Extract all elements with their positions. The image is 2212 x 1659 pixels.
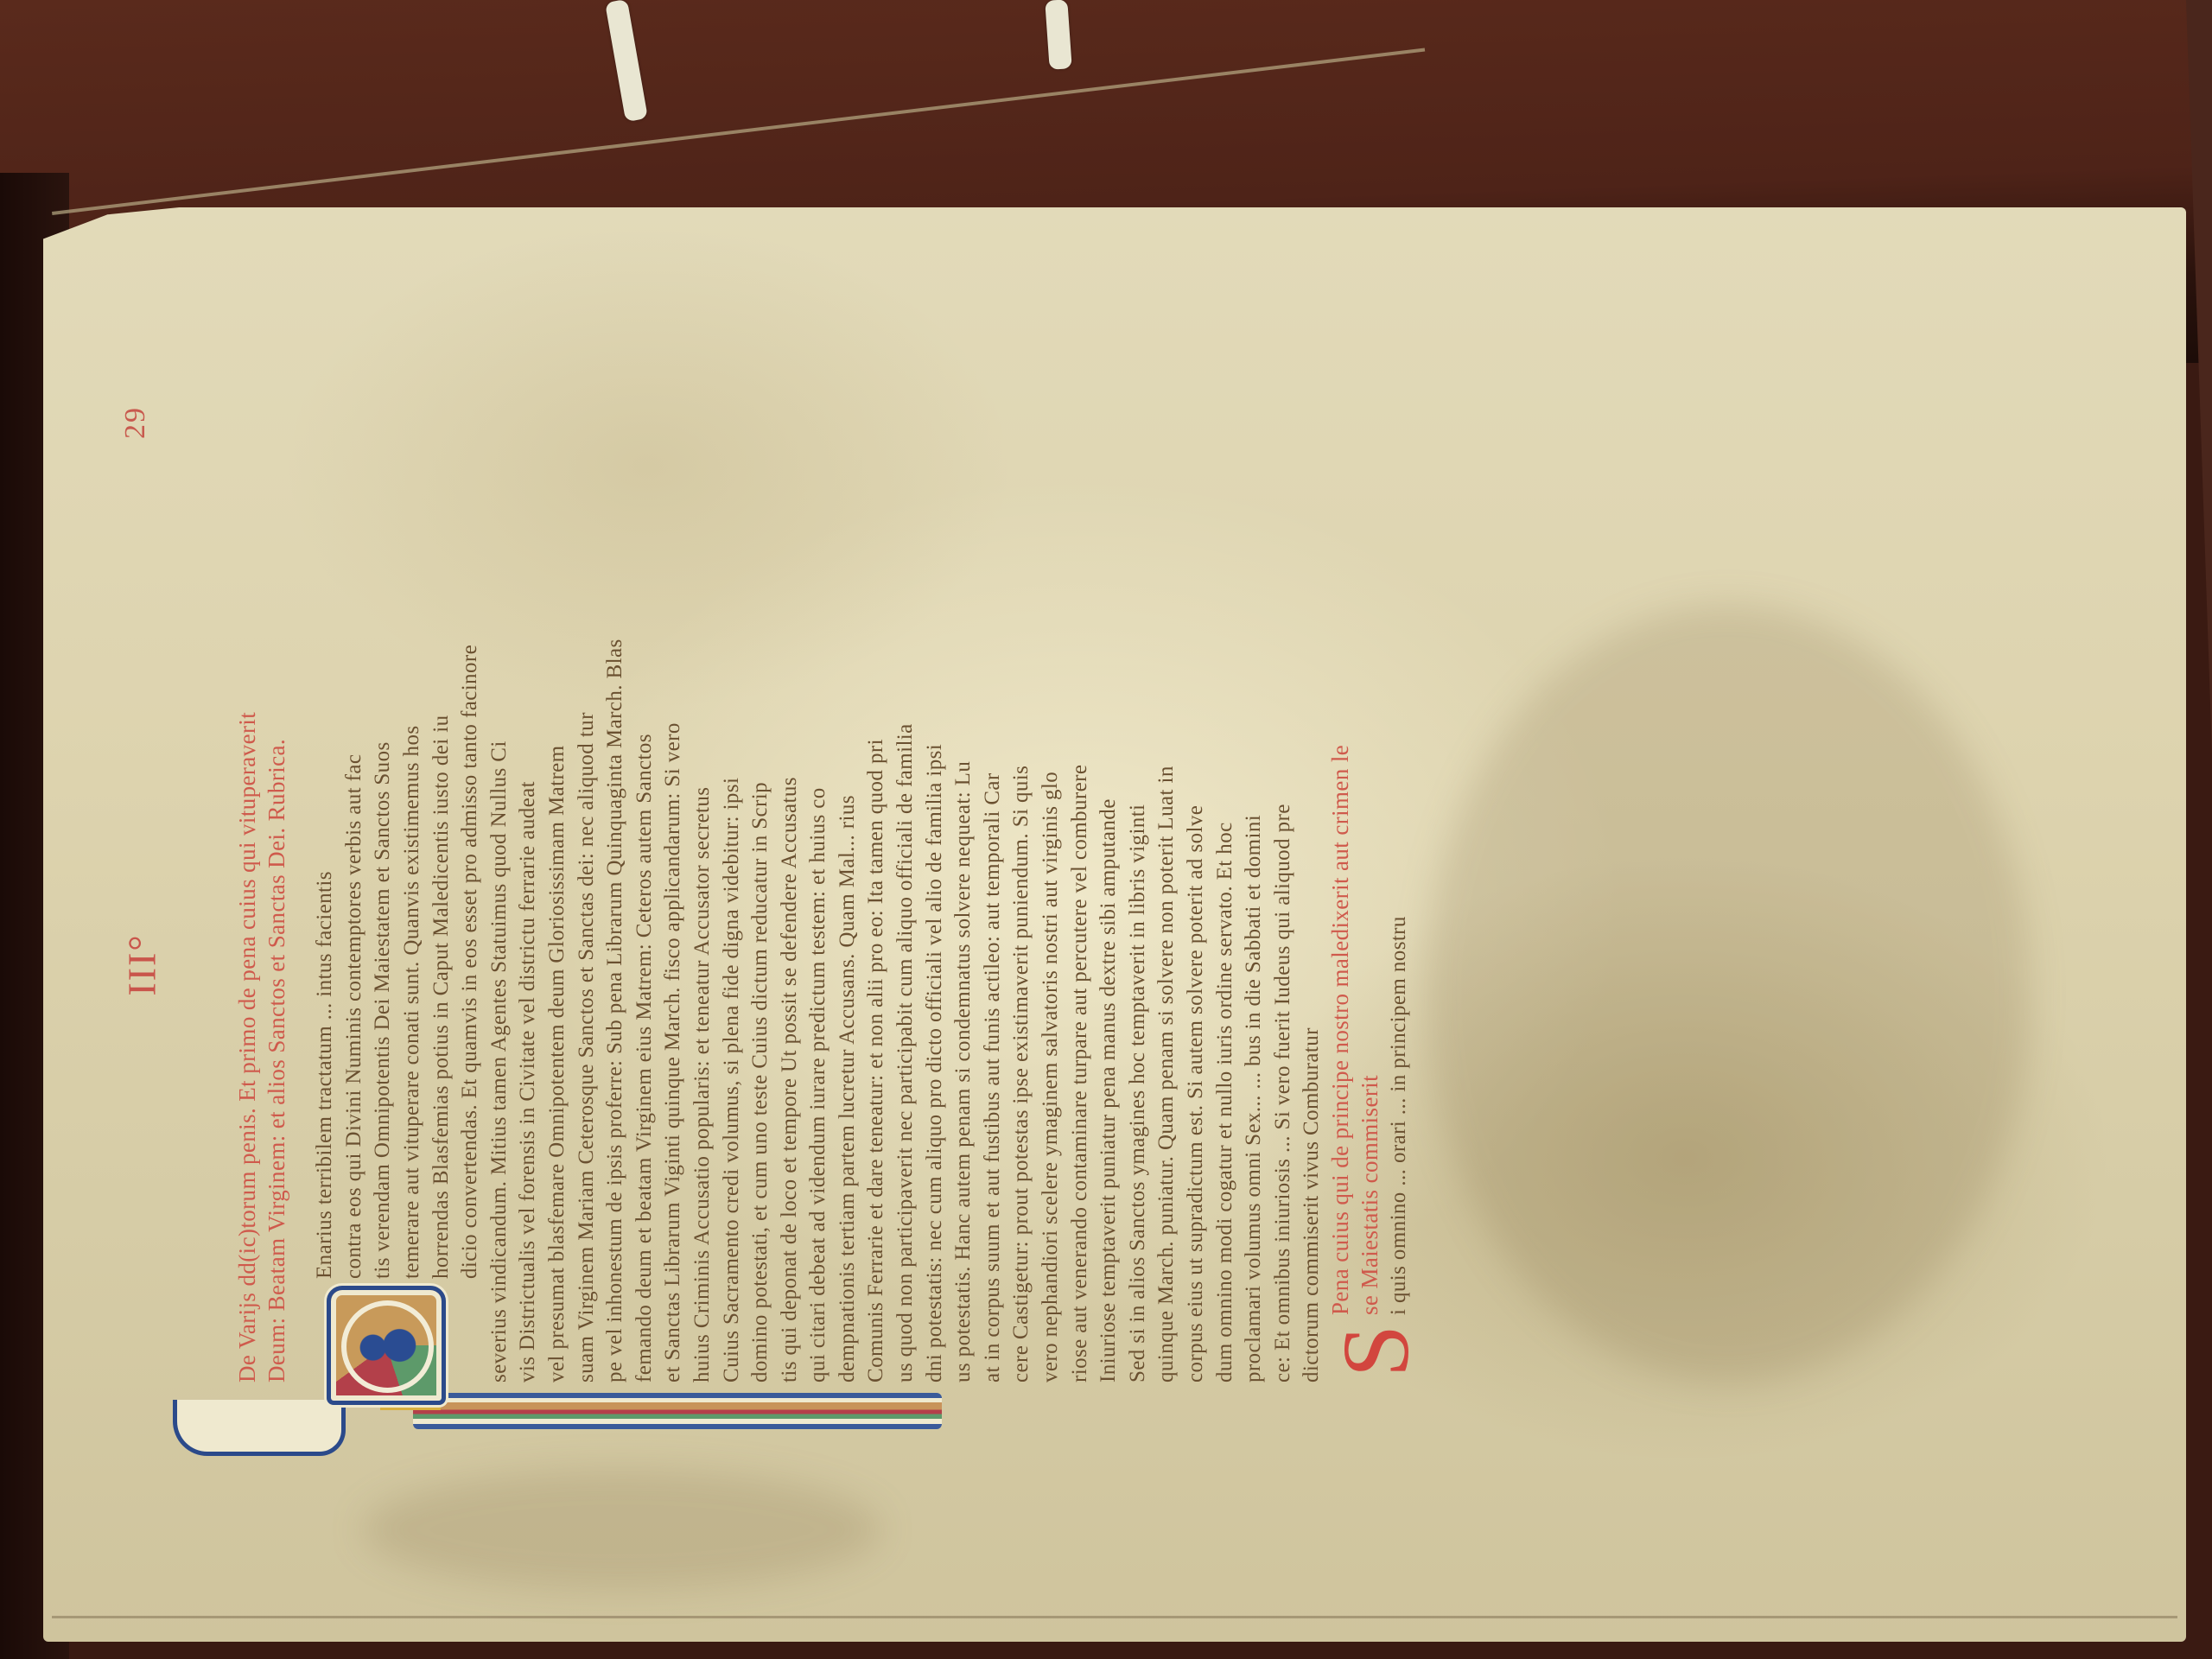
- red-initial-s: S: [1321, 1325, 1431, 1377]
- body-line: contra eos qui Divini Numinis contemptor…: [340, 467, 369, 1382]
- body-line: severius vindicandum. Mitius tamen Agent…: [485, 467, 514, 1382]
- rubric-heading-line: De Varijs dd(ic)torum penis. Et primo de…: [233, 467, 263, 1382]
- body-line: Comunis Ferrarie et dare teneatur: et no…: [861, 467, 891, 1382]
- manuscript-text-block: De Varijs dd(ic)torum penis. Et primo de…: [233, 467, 1414, 1382]
- body-line: domino potestati, et cum uno teste Cuius…: [746, 467, 775, 1382]
- body-line: at in corpus suum et aut fustibus aut fu…: [978, 467, 1007, 1382]
- body-line: dictorum commiserit vivus Comburatur: [1297, 467, 1326, 1382]
- rubric-heading-line: Deum: Beatam Virginem: et alios Sanctos …: [263, 467, 292, 1382]
- body-line: ce: Et omnibus iniuriosis ... Si vero fu…: [1268, 467, 1298, 1382]
- body-line: horrendas Blasfemias potius in Caput Mal…: [427, 467, 456, 1382]
- body-line: dum omnino modi cogatur et nullo iuris o…: [1211, 467, 1240, 1382]
- body-line: vel presumat blasfemare Omnipotentem deu…: [543, 467, 572, 1382]
- water-stain: [1426, 605, 2031, 1382]
- body-line: pe vel inhonestum de ipsis proferre: Sub…: [601, 467, 630, 1382]
- body-line: femando deum et beatam Virginem eius Mat…: [630, 467, 659, 1382]
- body-line: proclamari volumus omni Sex... ... bus i…: [1239, 467, 1268, 1382]
- body-line: riose aut venerando contaminare turpare …: [1065, 467, 1095, 1382]
- second-rubric-line: Pena cuius qui de principe nostro maledi…: [1326, 467, 1356, 1382]
- body-line: us potestatis. Hanc autem penam si conde…: [949, 467, 978, 1382]
- bookmark-string-right: [1045, 0, 1072, 70]
- body-line: dni potestatis: nec cum aliquo pro dicto…: [920, 467, 950, 1382]
- body-line: corpus eius ut supradictum est. Si autem…: [1181, 467, 1211, 1382]
- body-line: dempnationis tertiam partem lucretur Acc…: [833, 467, 862, 1382]
- body-line: cere Castigetur: prout potestas ipse exi…: [1007, 467, 1036, 1382]
- body-line: dicio convertendas. Et quamvis in eos es…: [455, 467, 485, 1382]
- folio-number: 29: [119, 406, 152, 439]
- body-line: vero nephandiori scelere ymaginem salvat…: [1036, 467, 1065, 1382]
- body-line: i quis omnino ... orari ... in principem…: [1384, 467, 1414, 1382]
- body-line: Sed si in alios Sanctos ymagines hoc tem…: [1123, 467, 1153, 1382]
- illumination-border-tail: [173, 1400, 346, 1456]
- body-line: vis Districtualis vel forensis in Civita…: [513, 467, 543, 1382]
- body-line: Cuius Sacramento credi volumus, si plena…: [717, 467, 747, 1382]
- chapter-marker: III°: [119, 933, 165, 995]
- body-line: Iniuriose temptaverit puniatur pena manu…: [1094, 467, 1123, 1382]
- body-line: tis qui deponat de loco et tempore Ut po…: [775, 467, 804, 1382]
- body-line: temerare aut vituperare conati sunt. Qua…: [397, 467, 427, 1382]
- water-stain: [363, 1469, 881, 1590]
- body-line: qui citari debeat ad videndum iurare pre…: [804, 467, 833, 1382]
- body-line: et Sanctas Librarum Viginti quinque Marc…: [658, 467, 688, 1382]
- page-bottom-edge: [52, 1616, 2177, 1618]
- body-line: tis verendam Omnipotentis Dei Maiestatem…: [368, 467, 397, 1382]
- body-line: us quod non participaverit nec participa…: [891, 467, 920, 1382]
- body-line: quinque March. puniatur. Quam penam si s…: [1152, 467, 1181, 1382]
- body-line: huius Criminis Accusatio popularis: et t…: [688, 467, 717, 1382]
- second-rubric-line: se Maiestatis commiserit: [1356, 467, 1385, 1382]
- body-line: suam Virginem Mariam Ceterosque Sanctos …: [572, 467, 601, 1382]
- body-line: Enarius terribilem tractatum ... intus f…: [310, 467, 340, 1382]
- illumination-border-bar: [413, 1393, 942, 1429]
